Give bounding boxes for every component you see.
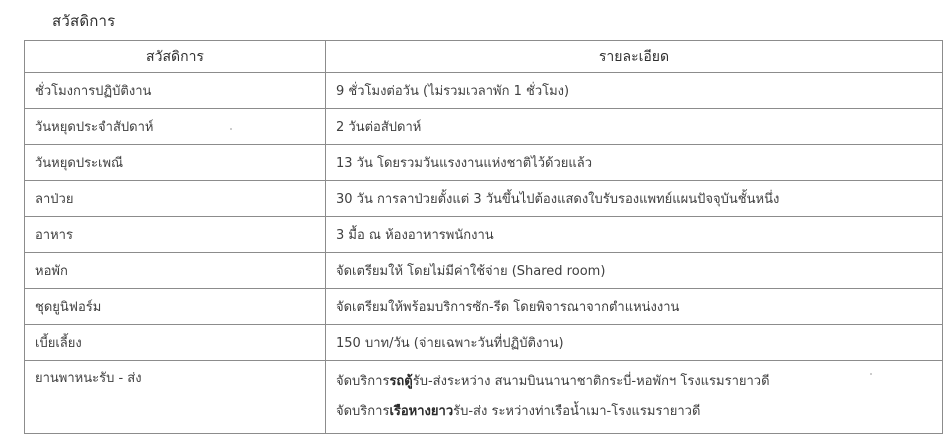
table-row: วันหยุดประเพณี 13 วัน โดยรวมวันแรงงานแห่… [25,145,943,181]
table-row: ชุดยูนิฟอร์ม จัดเตรียมให้พร้อมบริการซัก-… [25,289,943,325]
detail-cell: 2 วันต่อสัปดาห์ [326,109,943,145]
detail-cell: 3 มื้อ ณ ห้องอาหารพนักงาน [326,217,943,253]
welfare-table: สวัสดิการ รายละเอียด ชั่วโมงการปฏิบัติงา… [24,40,943,434]
detail-cell: จัดบริการรถตู้รับ-ส่งระหว่าง สนามบินนานา… [326,361,943,434]
detail-cell: 150 บาท/วัน (จ่ายเฉพาะวันที่ปฏิบัติงาน) [326,325,943,361]
table-row: อาหาร 3 มื้อ ณ ห้องอาหารพนักงาน [25,217,943,253]
detail-bold-text: รถตู้ [389,374,412,389]
detail-line-boat: จัดบริการเรือหางยาวรับ-ส่ง ระหว่างท่าเรื… [336,397,932,427]
detail-cell: 30 วัน การลาป่วยตั้งแต่ 3 วันขึ้นไปต้องแ… [326,181,943,217]
detail-cell: 13 วัน โดยรวมวันแรงงานแห่งชาติไว้ด้วยแล้… [326,145,943,181]
detail-text: จัดบริการ [336,404,389,419]
detail-text: รับ-ส่ง ระหว่างท่าเรือน้ำเมา-โรงแรมรายาว… [453,404,700,419]
detail-text: รับ-ส่งระหว่าง สนามบินนานาชาติกระบี่-หอพ… [413,374,770,389]
detail-cell: จัดเตรียมให้ โดยไม่มีค่าใช้จ่าย (Shared … [326,253,943,289]
page-title: สวัสดิการ [52,9,115,33]
table-row: หอพัก จัดเตรียมให้ โดยไม่มีค่าใช้จ่าย (S… [25,253,943,289]
benefit-cell: ชั่วโมงการปฏิบัติงาน [25,73,326,109]
table-row: ยานพาหนะรับ - ส่ง จัดบริการรถตู้รับ-ส่งร… [25,361,943,434]
benefit-cell: หอพัก [25,253,326,289]
detail-cell: จัดเตรียมให้พร้อมบริการซัก-รีด โดยพิจารณ… [326,289,943,325]
scan-speck [870,373,872,375]
detail-bold-text: เรือหางยาว [389,404,453,419]
benefit-cell: ยานพาหนะรับ - ส่ง [25,361,326,434]
benefit-cell: เบี้ยเลี้ยง [25,325,326,361]
detail-line-van: จัดบริการรถตู้รับ-ส่งระหว่าง สนามบินนานา… [336,367,932,397]
scan-speck [230,128,232,130]
benefit-cell: ลาป่วย [25,181,326,217]
table-row: ลาป่วย 30 วัน การลาป่วยตั้งแต่ 3 วันขึ้น… [25,181,943,217]
column-header-benefit: สวัสดิการ [25,41,326,73]
column-header-detail: รายละเอียด [326,41,943,73]
table-row: ชั่วโมงการปฏิบัติงาน 9 ชั่วโมงต่อวัน (ไม… [25,73,943,109]
benefit-cell: อาหาร [25,217,326,253]
benefit-cell: วันหยุดประจำสัปดาห์ [25,109,326,145]
benefit-cell: ชุดยูนิฟอร์ม [25,289,326,325]
table-header-row: สวัสดิการ รายละเอียด [25,41,943,73]
detail-cell: 9 ชั่วโมงต่อวัน (ไม่รวมเวลาพัก 1 ชั่วโมง… [326,73,943,109]
table-row: วันหยุดประจำสัปดาห์ 2 วันต่อสัปดาห์ [25,109,943,145]
benefit-cell: วันหยุดประเพณี [25,145,326,181]
table-row: เบี้ยเลี้ยง 150 บาท/วัน (จ่ายเฉพาะวันที่… [25,325,943,361]
detail-text: จัดบริการ [336,374,389,389]
